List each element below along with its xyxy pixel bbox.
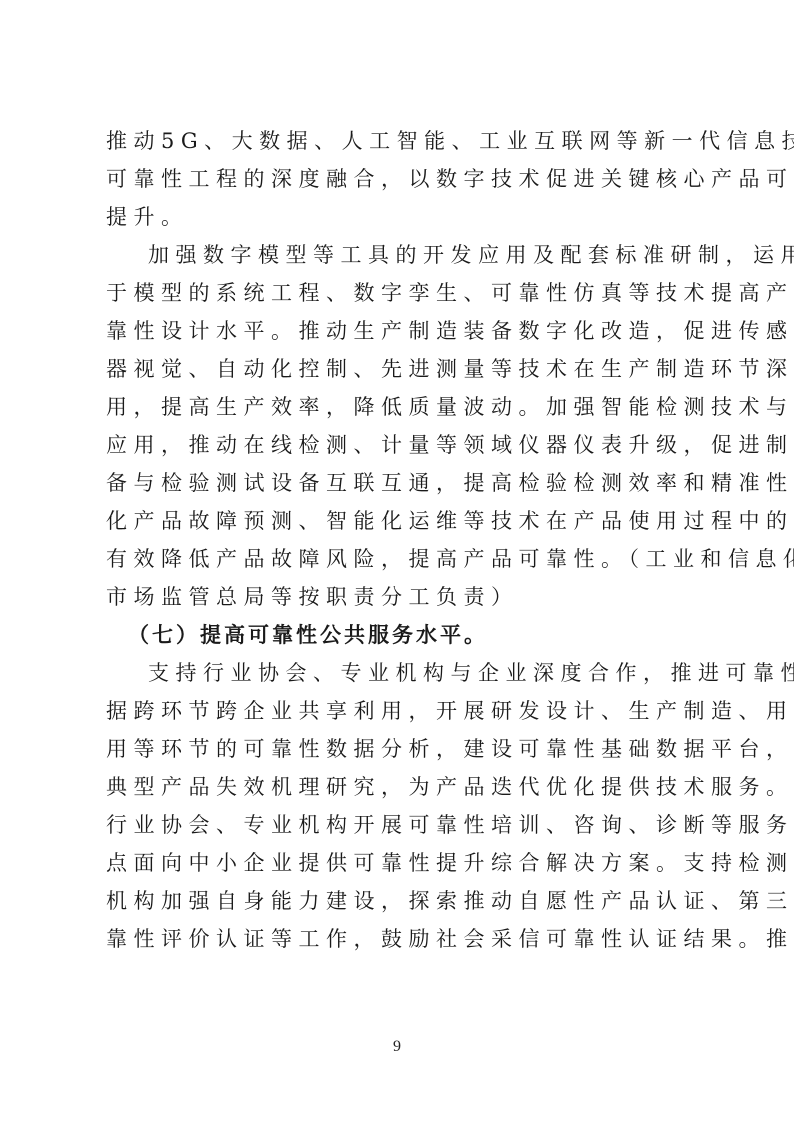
- text-line: 提升。: [106, 198, 690, 236]
- text-line: 可靠性工程的深度融合，以数字技术促进关键核心产品可靠性: [106, 160, 690, 198]
- text-line: 机构加强自身能力建设，探索推动自愿性产品认证、第三方可: [106, 882, 690, 920]
- paragraph-digital-fusion: 推动5G、大数据、人工智能、工业互联网等新一代信息技术与 可靠性工程的深度融合，…: [106, 122, 690, 236]
- text-line: 备与检验测试设备互联互通，提高检验检测效率和精准性。深: [106, 464, 690, 502]
- text-line: 靠性设计水平。推动生产制造装备数字化改造，促进传感、机: [106, 312, 690, 350]
- text-line: 市场监管总局等按职责分工负责）: [106, 578, 690, 616]
- document-page-body: 推动5G、大数据、人工智能、工业互联网等新一代信息技术与 可靠性工程的深度融合，…: [106, 122, 690, 958]
- text-line: 器视觉、自动化控制、先进测量等技术在生产制造环节深度应: [106, 350, 690, 388]
- text-line: 于模型的系统工程、数字孪生、可靠性仿真等技术提高产品可: [106, 274, 690, 312]
- text-line: 推动5G、大数据、人工智能、工业互联网等新一代信息技术与: [106, 122, 690, 160]
- text-line: 支持行业协会、专业机构与企业深度合作，推进可靠性数: [106, 654, 690, 692]
- text-line: 有效降低产品故障风险，提高产品可靠性。（工业和信息化部、: [106, 540, 690, 578]
- section-heading: （七）提高可靠性公共服务水平。: [106, 616, 690, 654]
- text-line: 点面向中小企业提供可靠性提升综合解决方案。支持检测认证: [106, 844, 690, 882]
- text-line: 行业协会、专业机构开展可靠性培训、咨询、诊断等服务，重: [106, 806, 690, 844]
- text-line: 用，提高生产效率，降低质量波动。加强智能检测技术与装备: [106, 388, 690, 426]
- paragraph-public-service: 支持行业协会、专业机构与企业深度合作，推进可靠性数 据跨环节跨企业共享利用，开展…: [106, 654, 690, 958]
- text-line: 据跨环节跨企业共享利用，开展研发设计、生产制造、用户使: [106, 692, 690, 730]
- text-line: 应用，推动在线检测、计量等领域仪器仪表升级，促进制造装: [106, 426, 690, 464]
- text-line: 靠性评价认证等工作，鼓励社会采信可靠性认证结果。推动品: [106, 920, 690, 958]
- text-line: 加强数字模型等工具的开发应用及配套标准研制，运用基: [106, 236, 690, 274]
- paragraph-digital-models: 加强数字模型等工具的开发应用及配套标准研制，运用基 于模型的系统工程、数字孪生、…: [106, 236, 690, 616]
- page-number: 9: [0, 1038, 794, 1056]
- text-line: 化产品故障预测、智能化运维等技术在产品使用过程中的应用，: [106, 502, 690, 540]
- text-line: 用等环节的可靠性数据分析，建设可靠性基础数据平台，加强: [106, 730, 690, 768]
- text-line: 典型产品失效机理研究，为产品迭代优化提供技术服务。引导: [106, 768, 690, 806]
